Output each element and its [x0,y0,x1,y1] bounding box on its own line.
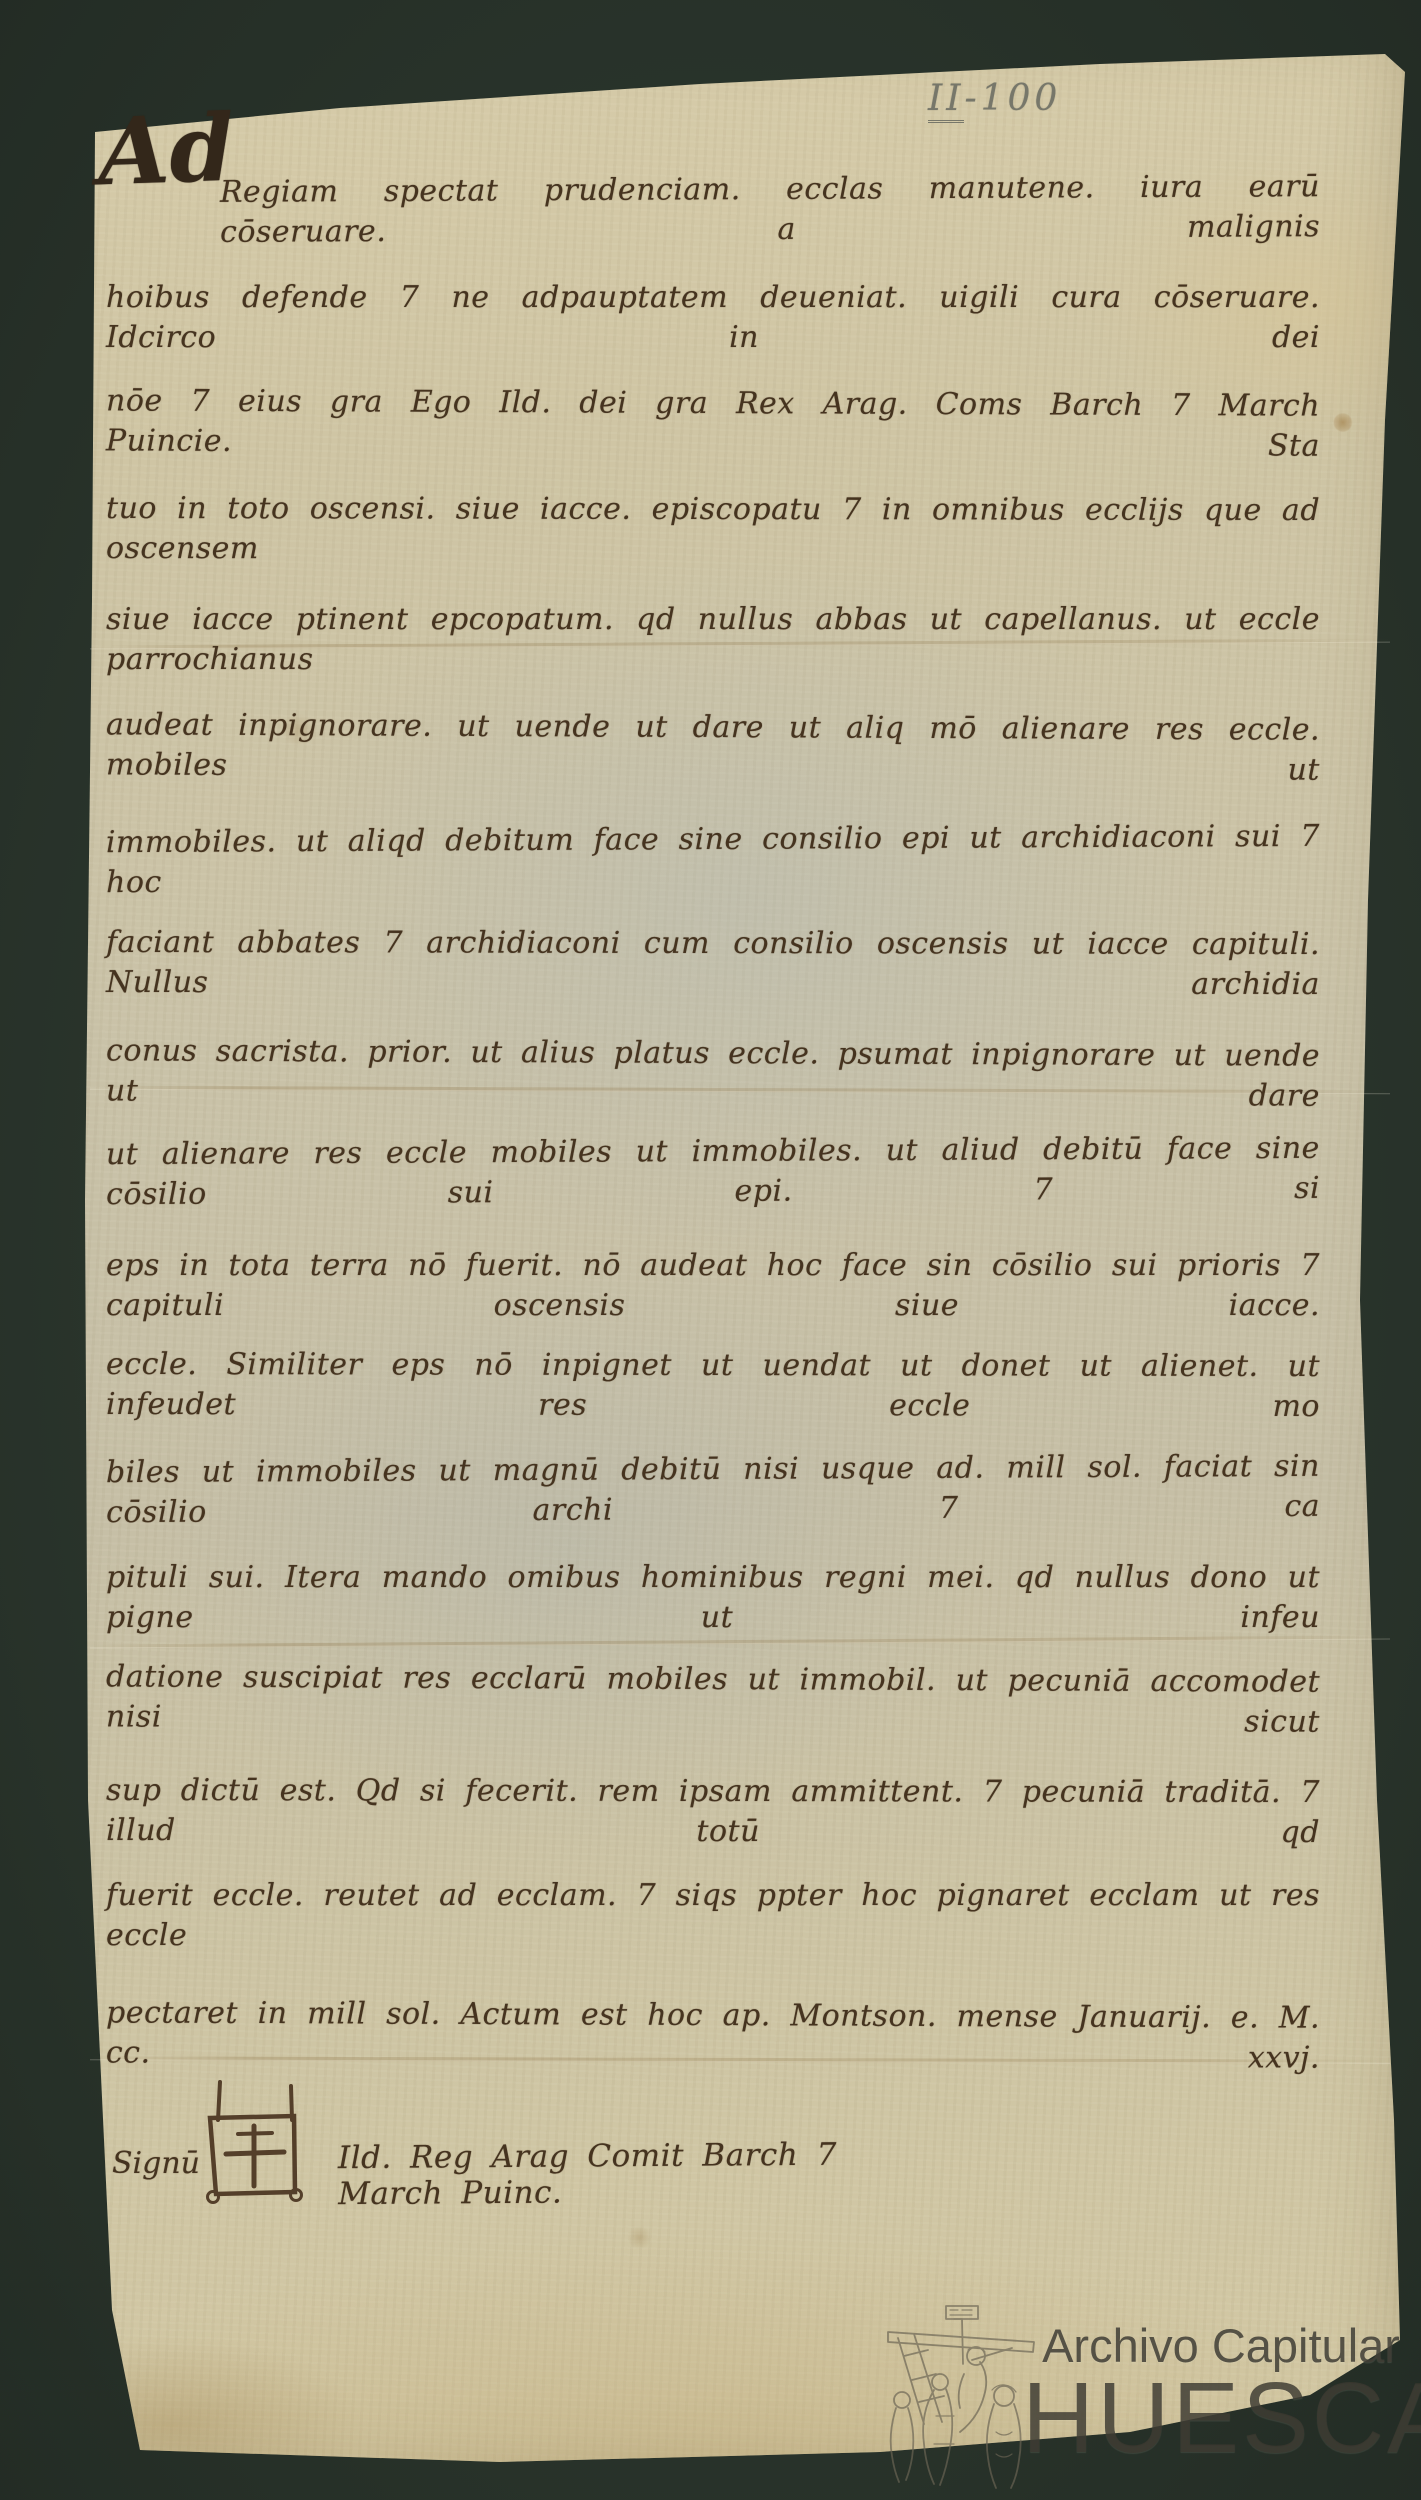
archive-photo: { "shelfmark": { "part1": "II", "part2":… [0,0,1421,2500]
manuscript-initial: Ad [96,102,235,199]
manuscript-line: fuerit eccle. reutet ad ecclam. 7 siqs p… [106,1876,1320,1956]
manuscript-line: hoibus defende 7 ne adpauptatem deueniat… [106,278,1320,358]
manuscript-line: nōe 7 eius gra Ego Ild. dei gra Rex Arag… [106,381,1320,466]
crucifixion-icon [884,2304,1044,2500]
manuscript-line: ut alienare res eccle mobiles ut immobil… [106,1129,1320,1215]
manuscript-line: immobiles. ut aliqd debitum face sine co… [106,817,1320,903]
royal-signum-icon [196,2076,316,2240]
manuscript-line: eccle. Similiter eps nō inpignet ut uend… [106,1345,1320,1427]
shelfmark-roman-numeral: II [928,78,964,123]
manuscript-line: siue iacce ptinent epcopatum. qd nullus … [106,600,1320,680]
watermark-city-name: HUESCA [1022,2368,1421,2468]
manuscript-line: Regiam spectat prudenciam. ecclas manute… [220,167,1320,253]
manuscript-line: conus sacrista. prior. ut alius platus e… [106,1031,1320,1116]
manuscript-line: datione suscipiat res ecclarū mobiles ut… [106,1657,1320,1742]
manuscript-line: faciant abbates 7 archidiaconi cum consi… [106,923,1320,1005]
manuscript-line: sup dictū est. Qd si fecerit. rem ipsam … [106,1771,1320,1853]
manuscript-line: eps in tota terra nō fuerit. nō audeat h… [106,1246,1320,1326]
manuscript-line: pituli sui. Itera mando omibus hominibus… [106,1558,1320,1638]
shelfmark-pencil-note: II-100 [928,78,1061,119]
manuscript-line: audeat inpignorare. ut uende ut dare ut … [106,705,1320,790]
signum-attestation: Ild. Reg Arag Comit Barch 7 March Puinc. [338,2136,958,2212]
manuscript-line: pectaret in mill sol. Actum est hoc ap. … [106,1993,1320,2078]
manuscript-line: tuo in toto oscensi. siue iacce. episcop… [106,489,1320,571]
signum-label: Signū [112,2146,200,2181]
shelfmark-number: -100 [964,78,1061,119]
manuscript-line: biles ut immobiles ut magnū debitū nisi … [106,1447,1320,1533]
